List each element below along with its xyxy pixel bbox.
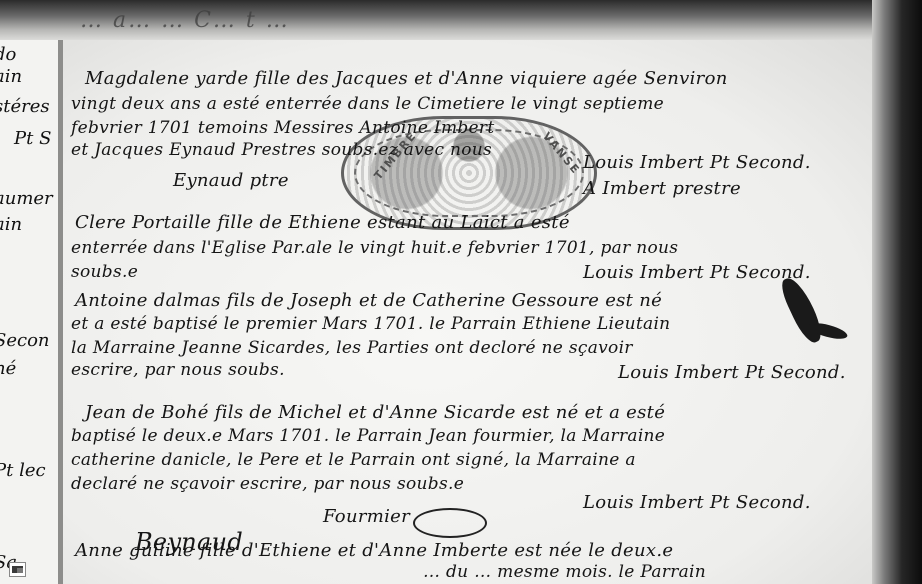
entry-line: Clere Portaille fille de Ethiene estant … <box>75 212 570 233</box>
entry-line: catherine danicle, le Pere et le Parrain… <box>71 450 636 470</box>
thumbnail-navigator-button[interactable] <box>9 562 26 577</box>
signature-louis-imbert: Louis Imbert Pt Second. <box>583 492 811 513</box>
ink-blot <box>777 274 827 347</box>
entry-line: … du … mesme mois. le Parrain <box>423 562 706 582</box>
entry-line: Magdalene yarde fille des Jacques et d'A… <box>85 68 728 89</box>
register-page: TIMBRE VANSE Magdalene yarde fille des J… <box>63 40 873 584</box>
entry-line: declaré ne sçavoir escrire, par nous sou… <box>71 474 464 494</box>
entry-line: baptisé le deux.e Mars 1701. le Parrain … <box>71 426 665 446</box>
signature-a-imbert: A Imbert prestre <box>583 178 741 199</box>
margin-fragment: ain <box>0 66 22 87</box>
binding-top-edge: … a… … C… t … <box>0 0 922 40</box>
previous-page-margin: do ain stéres Pt S aumer ain Secon né Pt… <box>0 40 63 584</box>
document-image-viewer[interactable]: … a… … C… t … do ain stéres Pt S aumer a… <box>0 0 922 584</box>
entry-line: Anne guiline fille d'Ethiene et d'Anne I… <box>75 540 673 561</box>
entry-line: et Jacques Eynaud Prestres soubs.ez avec… <box>71 140 492 160</box>
margin-fragment: né <box>0 358 16 379</box>
margin-fragment: do <box>0 44 16 65</box>
margin-fragment: aumer <box>0 188 53 209</box>
margin-fragment: Pt lec <box>0 460 46 481</box>
thumbnail-viewport-indicator <box>17 568 23 573</box>
margin-fragment: Secon <box>0 330 50 351</box>
signature-eynaud: Eynaud ptre <box>173 170 289 191</box>
signature-flourish <box>413 508 487 538</box>
margin-fragment: Pt S <box>14 128 51 149</box>
entry-line: vingt deux ans a esté enterrée dans le C… <box>71 94 664 114</box>
signature-louis-imbert: Louis Imbert Pt Second. <box>583 262 811 283</box>
faded-header-text: … a… … C… t … <box>80 8 290 33</box>
signature-louis-imbert: Louis Imbert Pt Second. <box>618 362 846 383</box>
signature-fourmier: Fourmier <box>323 506 410 527</box>
entry-line: enterrée dans l'Eglise Par.ale le vingt … <box>71 238 678 258</box>
margin-fragment: ain <box>0 214 22 235</box>
entry-line: la Marraine Jeanne Sicardes, les Parties… <box>71 338 633 358</box>
entry-line: Jean de Bohé fils de Michel et d'Anne Si… <box>85 402 665 423</box>
entry-line: soubs.e <box>71 262 138 282</box>
binding-right-edge <box>872 0 922 584</box>
entry-line: febvrier 1701 temoins Messires Antoine I… <box>71 118 494 138</box>
margin-fragment: stéres <box>0 96 50 117</box>
signature-louis-imbert: Louis Imbert Pt Second. <box>583 152 811 173</box>
entry-line: et a esté baptisé le premier Mars 1701. … <box>71 314 670 334</box>
entry-line: Antoine dalmas fils de Joseph et de Cath… <box>75 290 662 311</box>
entry-line: escrire, par nous soubs. <box>71 360 285 380</box>
